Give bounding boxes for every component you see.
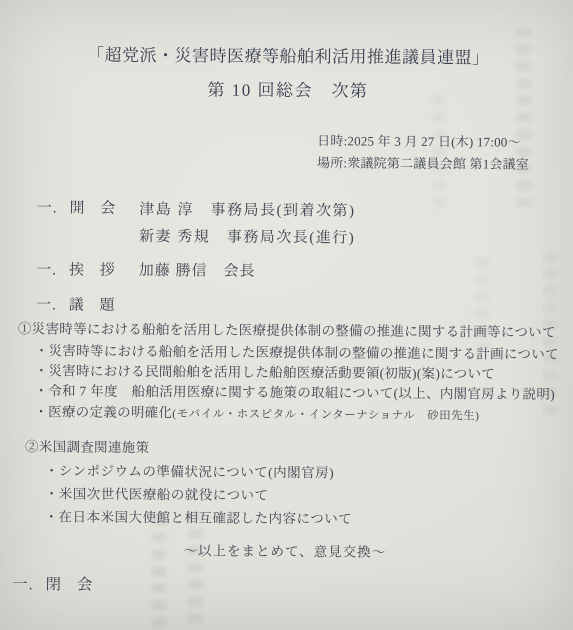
agenda-item-topics: 一. 議 題 <box>36 293 139 315</box>
agenda-item-greeting: 一. 挨 拶 加藤 勝信 会長 <box>36 258 255 281</box>
official-line: 新妻 秀規 事務局次長(進行) <box>139 224 355 253</box>
bullet-item: ・在日本米国大使館と相互確認した内容について <box>45 505 353 530</box>
bullet-item: ・米国次世代医療船の就役について <box>45 482 353 507</box>
document-sheet: 「超党派・災害時医療等船舶利活用推進議員連盟」 第 10 回総会 次第 日時:2… <box>0 0 573 630</box>
photographed-document: 「超党派・災害時医療等船舶利活用推進議員連盟」 第 10 回総会 次第 日時:2… <box>0 0 573 630</box>
agenda-item-opening: 一. 開 会 津島 淳 事務局長(到着次第) 新妻 秀規 事務局次長(進行) <box>36 196 355 252</box>
bullet-item: ・医療の定義の明確化(モバイル・ホスピタル・インターナショナル 砂田先生) <box>34 402 558 426</box>
item-marker: 一. <box>36 293 57 314</box>
greeting-official: 加藤 勝信 会長 <box>139 259 256 281</box>
meeting-location: 場所:衆議院第二議員会館 第1会議室 <box>317 152 529 175</box>
agenda-item-closing: 一. 閉 会 <box>12 572 116 595</box>
bullet-item: ・シンポジウムの準備状況について(内閣官房) <box>45 459 353 484</box>
item-marker: 一. <box>37 196 58 217</box>
bullet-note: (モバイル・ホスピタル・インターナショナル 砂田先生) <box>172 408 479 422</box>
topic-group-1-heading: ①災害時等における船舶を活用した医療提供体制の整備の推進に関する計画等について <box>18 317 559 341</box>
item-label-greeting: 挨 拶 <box>69 258 121 279</box>
item-label-topics: 議 題 <box>69 293 121 314</box>
topic-group-1-bullets: ・災害時等における船舶を活用した医療提供体制の整備の推進に関する計画について ・… <box>17 341 559 426</box>
opening-officials: 津島 淳 事務局長(到着次第) 新妻 秀規 事務局次長(進行) <box>139 197 356 253</box>
item-label-closing: 閉 会 <box>45 572 98 594</box>
bullet-text: ・医療の定義の明確化 <box>34 404 172 420</box>
alliance-title: 「超党派・災害時医療等船舶利活用推進議員連盟」 <box>2 40 573 69</box>
topic-group-1: ①災害時等における船舶を活用した医療提供体制の整備の推進に関する計画等について … <box>17 317 559 426</box>
meeting-datetime: 日時:2025 年 3 月 27 日(木) 17:00〜 <box>317 130 529 153</box>
topic-group-2-bullets: ・シンポジウムの準備状況について(内閣官房) ・米国次世代医療船の就役について … <box>25 459 353 530</box>
summary-note: 〜以上をまとめて、意見交換〜 <box>0 538 571 562</box>
topic-group-2-heading: ②米国調査関連施策 <box>25 435 353 457</box>
meeting-meta: 日時:2025 年 3 月 27 日(木) 17:00〜 場所:衆議院第二議員会… <box>317 130 529 175</box>
item-marker: 一. <box>12 572 34 594</box>
item-label-opening: 開 会 <box>69 196 121 217</box>
item-marker: 一. <box>36 258 57 279</box>
official-line: 津島 淳 事務局長(到着次第) <box>139 197 355 226</box>
meeting-title: 第 10 回総会 次第 <box>2 74 573 103</box>
topic-group-2: ②米国調査関連施策 ・シンポジウムの準備状況について(内閣官房) ・米国次世代医… <box>25 435 353 530</box>
